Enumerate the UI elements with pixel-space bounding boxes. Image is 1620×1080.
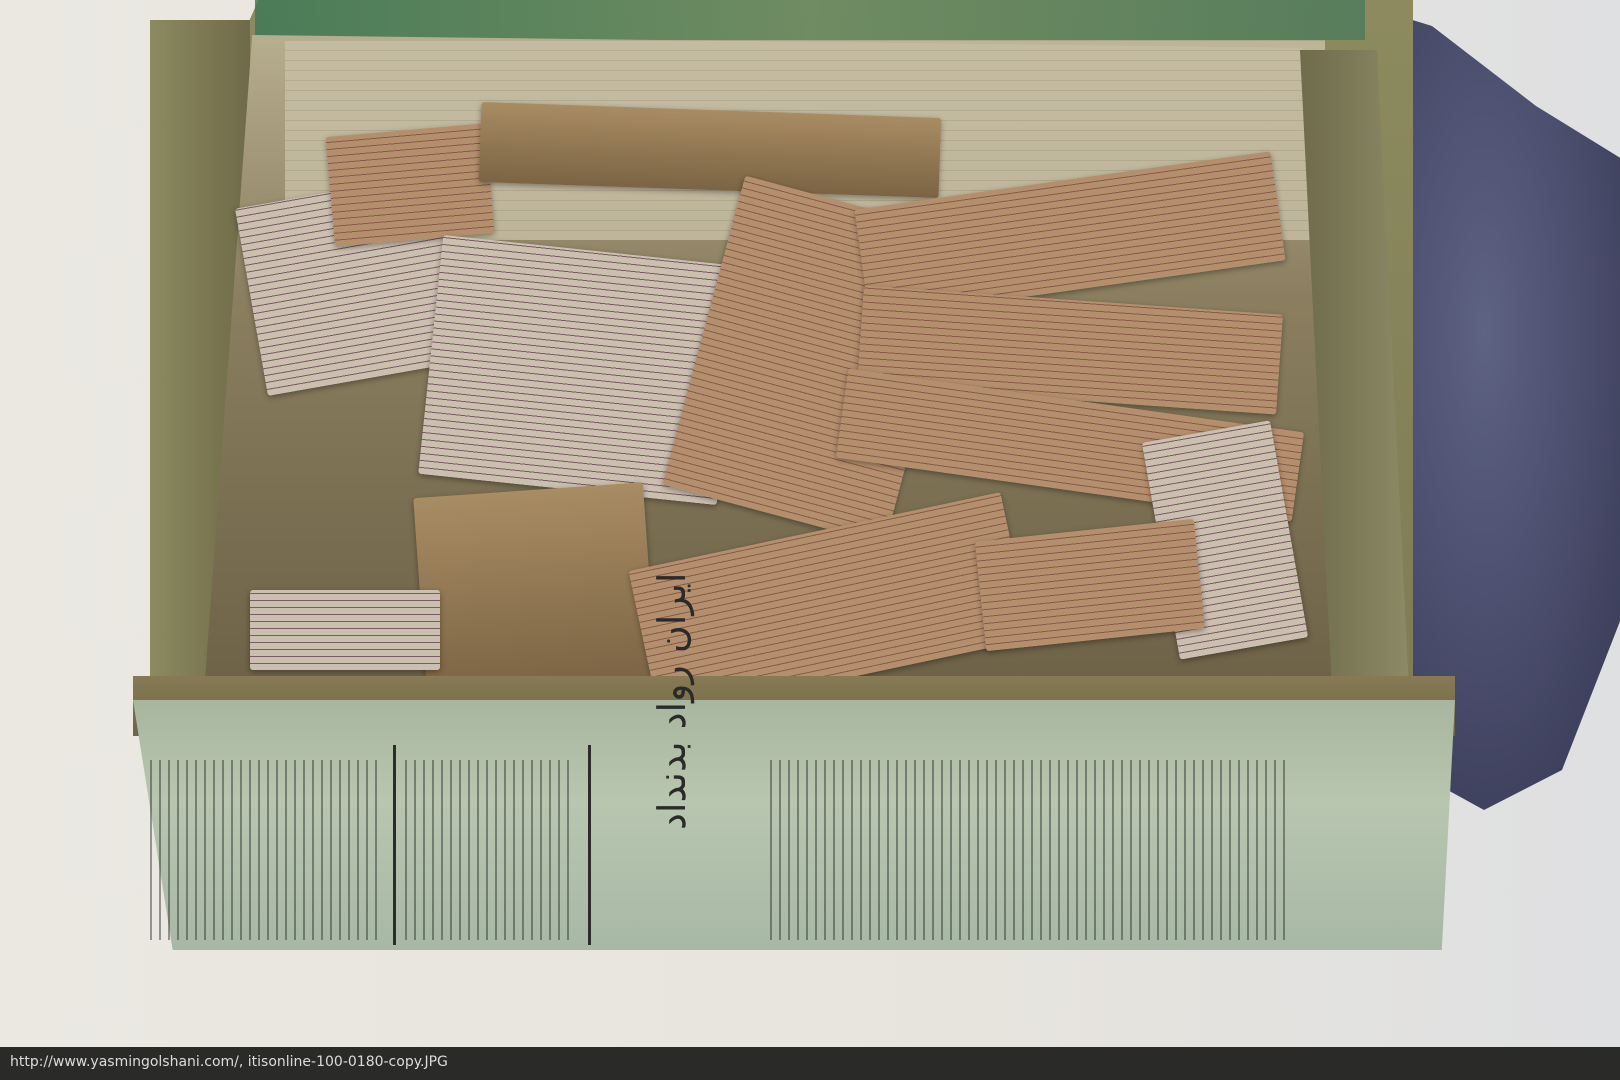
newspaper-headline: ایران رواد بدنداد <box>650 573 694 830</box>
newspaper-print <box>770 760 1290 940</box>
box-top-edge <box>255 0 1365 40</box>
photo: ایران رواد بدنداد <box>0 0 1620 1047</box>
paper-strip <box>413 482 656 698</box>
paper-strip <box>975 519 1205 651</box>
newspaper-rule <box>393 745 396 945</box>
caption-bar: http://www.yasmingolshani.com/, itisonli… <box>0 1047 1620 1080</box>
newspaper-print <box>405 760 575 940</box>
paper-strip <box>479 102 942 198</box>
caption-text: http://www.yasmingolshani.com/, itisonli… <box>10 1054 448 1070</box>
paper-strip <box>326 123 495 247</box>
newspaper-print <box>150 760 380 940</box>
paper-strip <box>250 590 440 670</box>
newspaper-rule <box>588 745 591 945</box>
